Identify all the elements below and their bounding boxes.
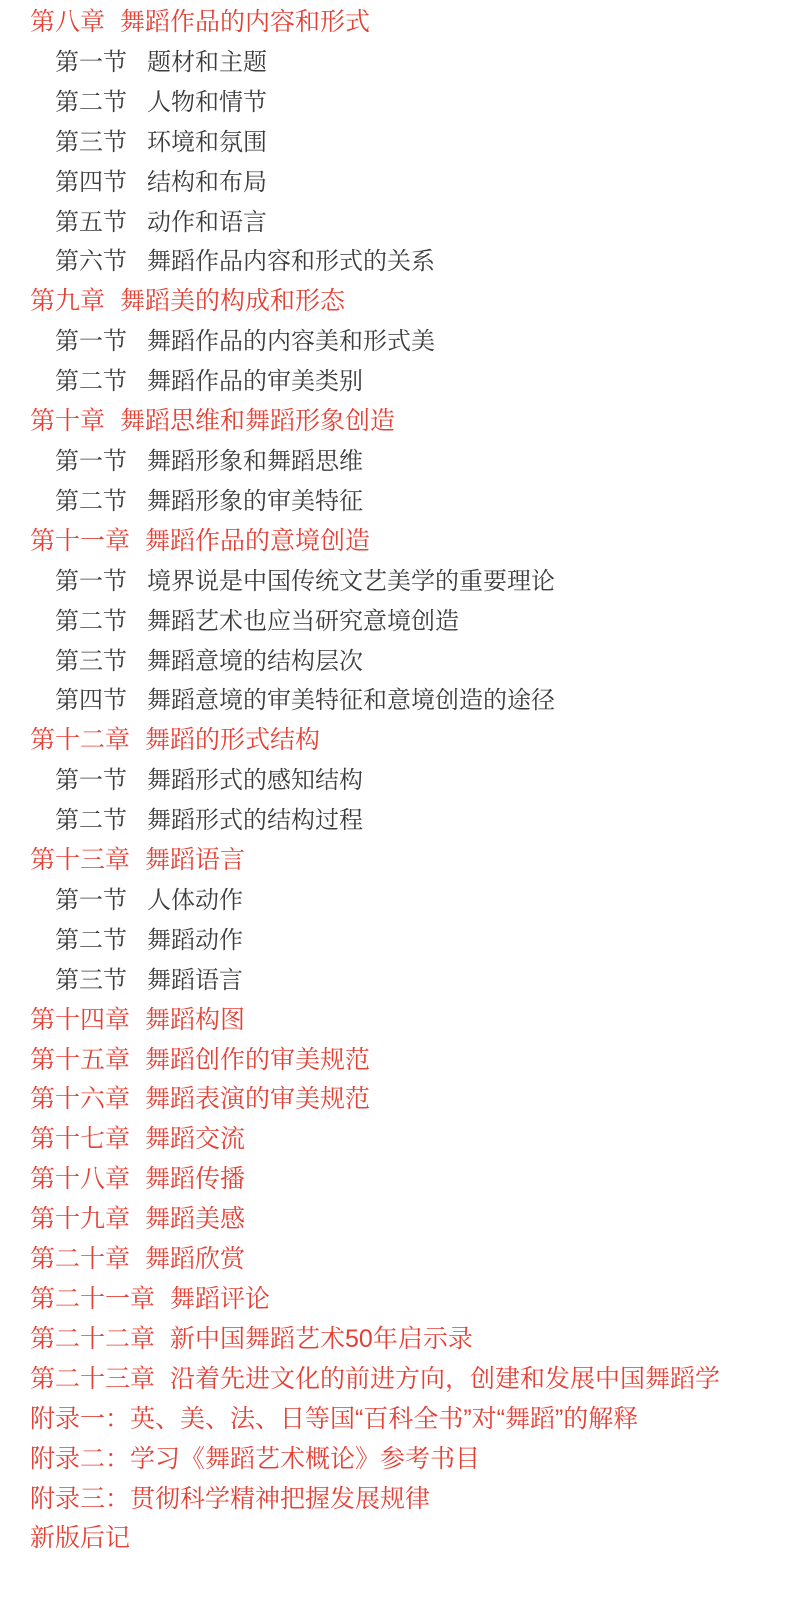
toc-entry-title: 人体动作 [147,881,243,921]
toc-entry-label: 第二节 [55,482,127,522]
toc-chapter-row: 第十章 舞蹈思维和舞蹈形象创造 [30,402,780,442]
toc-section-row: 第二节 舞蹈形象的审美特征 [30,482,780,522]
toc-entry-title: 舞蹈构图 [145,1001,245,1041]
toc-chapter-row: 第二十章 舞蹈欣赏 [30,1240,780,1280]
toc-entry-label: 第十五章 [30,1041,130,1081]
toc-entry-label: 第二十章 [30,1240,130,1280]
toc-entry-title: 舞蹈动作 [147,921,243,961]
toc-entry-title: 结构和布局 [147,163,267,203]
toc-entry-title: 动作和语言 [147,203,267,243]
toc-chapter-row: 第十五章 舞蹈创作的审美规范 [30,1041,780,1081]
toc-entry-title: 舞蹈意境的结构层次 [147,642,363,682]
toc-entry-label: 第二节 [55,362,127,402]
toc-entry-title: 舞蹈形象和舞蹈思维 [147,442,363,482]
toc-entry-title: 新版后记 [30,1519,130,1559]
toc-section-row: 第三节 环境和氛围 [30,123,780,163]
toc-section-row: 第一节 舞蹈形式的感知结构 [30,761,780,801]
toc-backmatter-row: 附录二：学习《舞蹈艺术概论》参考书目 [30,1440,780,1480]
toc-entry-title: 环境和氛围 [147,123,267,163]
toc-entry-label: 第四节 [55,681,127,721]
toc-entry-title: 舞蹈思维和舞蹈形象创造 [120,402,395,442]
toc-backmatter-row: 新版后记 [30,1519,780,1559]
toc-entry-title: 舞蹈美的构成和形态 [120,282,345,322]
toc-entry-title: 附录三：贯彻科学精神把握发展规律 [30,1480,430,1520]
toc-entry-label: 第十二章 [30,721,130,761]
toc-entry-title: 人物和情节 [147,83,267,123]
toc-chapter-row: 第八章 舞蹈作品的内容和形式 [30,3,780,43]
toc-entry-title: 舞蹈表演的审美规范 [145,1080,370,1120]
toc-section-row: 第四节 结构和布局 [30,163,780,203]
toc-entry-title: 舞蹈欣赏 [145,1240,245,1280]
toc-section-row: 第二节 舞蹈形式的结构过程 [30,801,780,841]
toc-entry-title: 舞蹈的形式结构 [145,721,320,761]
toc-entry-title: 舞蹈评论 [170,1280,270,1320]
toc-entry-label: 第十八章 [30,1160,130,1200]
toc-entry-title: 舞蹈作品的内容美和形式美 [147,322,435,362]
toc-chapter-row: 第二十三章 沿着先进文化的前进方向，创建和发展中国舞蹈学 [30,1360,780,1400]
toc-chapter-row: 第十二章 舞蹈的形式结构 [30,721,780,761]
toc-entry-title: 舞蹈作品的内容和形式 [120,3,370,43]
toc-entry-title: 舞蹈创作的审美规范 [145,1041,370,1081]
toc-entry-label: 第二节 [55,602,127,642]
toc-entry-label: 第一节 [55,562,127,602]
toc-entry-label: 第一节 [55,322,127,362]
toc-entry-label: 第一节 [55,442,127,482]
toc-entry-label: 第四节 [55,163,127,203]
toc-section-row: 第四节 舞蹈意境的审美特征和意境创造的途径 [30,681,780,721]
toc-section-row: 第二节 人物和情节 [30,83,780,123]
toc-entry-label: 第二节 [55,921,127,961]
toc-entry-label: 第十三章 [30,841,130,881]
toc-section-row: 第三节 舞蹈意境的结构层次 [30,642,780,682]
toc-entry-label: 第一节 [55,43,127,83]
toc-entry-title: 附录一：英、美、法、日等国“百科全书”对“舞蹈”的解释 [30,1400,638,1440]
toc-entry-title: 舞蹈形式的结构过程 [147,801,363,841]
toc-entry-title: 境界说是中国传统文艺美学的重要理论 [147,562,555,602]
toc-entry-label: 第六节 [55,242,127,282]
toc-entry-title: 舞蹈作品的意境创造 [145,522,370,562]
toc-entry-label: 第五节 [55,203,127,243]
toc-section-row: 第一节 境界说是中国传统文艺美学的重要理论 [30,562,780,602]
toc-chapter-row: 第二十二章 新中国舞蹈艺术50年启示录 [30,1320,780,1360]
toc-section-row: 第二节 舞蹈动作 [30,921,780,961]
toc-section-row: 第二节 舞蹈艺术也应当研究意境创造 [30,602,780,642]
toc-section-row: 第五节 动作和语言 [30,203,780,243]
toc-section-row: 第六节 舞蹈作品内容和形式的关系 [30,242,780,282]
toc-section-row: 第一节 舞蹈形象和舞蹈思维 [30,442,780,482]
toc-entry-title: 舞蹈意境的审美特征和意境创造的途径 [147,681,555,721]
toc-entry-label: 第十四章 [30,1001,130,1041]
toc-entry-title: 舞蹈交流 [145,1120,245,1160]
toc-entry-label: 第二十一章 [30,1280,155,1320]
toc-entry-title: 舞蹈传播 [145,1160,245,1200]
toc-chapter-row: 第十一章 舞蹈作品的意境创造 [30,522,780,562]
toc-entry-label: 第十章 [30,402,105,442]
toc-entry-title: 舞蹈形式的感知结构 [147,761,363,801]
toc-entry-title: 舞蹈形象的审美特征 [147,482,363,522]
toc-chapter-row: 第二十一章 舞蹈评论 [30,1280,780,1320]
toc-entry-label: 第一节 [55,881,127,921]
toc-backmatter-row: 附录一：英、美、法、日等国“百科全书”对“舞蹈”的解释 [30,1400,780,1440]
toc-section-row: 第一节 题材和主题 [30,43,780,83]
toc-entry-title: 附录二：学习《舞蹈艺术概论》参考书目 [30,1440,480,1480]
toc-list: 第八章 舞蹈作品的内容和形式 第一节 题材和主题 第二节 人物和情节 第三节 环… [30,3,780,1559]
toc-entry-title: 题材和主题 [147,43,267,83]
toc-chapter-row: 第十八章 舞蹈传播 [30,1160,780,1200]
toc-entry-label: 第九章 [30,282,105,322]
toc-entry-label: 第三节 [55,961,127,1001]
toc-entry-label: 第十九章 [30,1200,130,1240]
toc-chapter-row: 第九章 舞蹈美的构成和形态 [30,282,780,322]
toc-chapter-row: 第十九章 舞蹈美感 [30,1200,780,1240]
toc-entry-label: 第十一章 [30,522,130,562]
toc-entry-label: 第二节 [55,801,127,841]
toc-entry-title: 舞蹈语言 [147,961,243,1001]
table-of-contents: 第八章 舞蹈作品的内容和形式 第一节 题材和主题 第二节 人物和情节 第三节 环… [0,0,790,1559]
toc-entry-label: 第三节 [55,642,127,682]
toc-entry-label: 第二十三章 [30,1360,155,1400]
toc-chapter-row: 第十三章 舞蹈语言 [30,841,780,881]
toc-entry-title: 舞蹈语言 [145,841,245,881]
toc-section-row: 第一节 舞蹈作品的内容美和形式美 [30,322,780,362]
toc-entry-title: 舞蹈作品内容和形式的关系 [147,242,435,282]
toc-entry-label: 第一节 [55,761,127,801]
toc-entry-title: 新中国舞蹈艺术50年启示录 [170,1320,473,1360]
toc-section-row: 第三节 舞蹈语言 [30,961,780,1001]
toc-entry-label: 第二节 [55,83,127,123]
toc-entry-title: 舞蹈作品的审美类别 [147,362,363,402]
toc-entry-label: 第十六章 [30,1080,130,1120]
toc-entry-label: 第三节 [55,123,127,163]
toc-entry-title: 沿着先进文化的前进方向，创建和发展中国舞蹈学 [170,1360,720,1400]
toc-entry-title: 舞蹈艺术也应当研究意境创造 [147,602,459,642]
toc-section-row: 第一节 人体动作 [30,881,780,921]
toc-entry-label: 第二十二章 [30,1320,155,1360]
toc-entry-label: 第十七章 [30,1120,130,1160]
toc-entry-title: 舞蹈美感 [145,1200,245,1240]
toc-chapter-row: 第十七章 舞蹈交流 [30,1120,780,1160]
toc-chapter-row: 第十四章 舞蹈构图 [30,1001,780,1041]
toc-chapter-row: 第十六章 舞蹈表演的审美规范 [30,1080,780,1120]
toc-backmatter-row: 附录三：贯彻科学精神把握发展规律 [30,1480,780,1520]
toc-entry-label: 第八章 [30,3,105,43]
toc-section-row: 第二节 舞蹈作品的审美类别 [30,362,780,402]
